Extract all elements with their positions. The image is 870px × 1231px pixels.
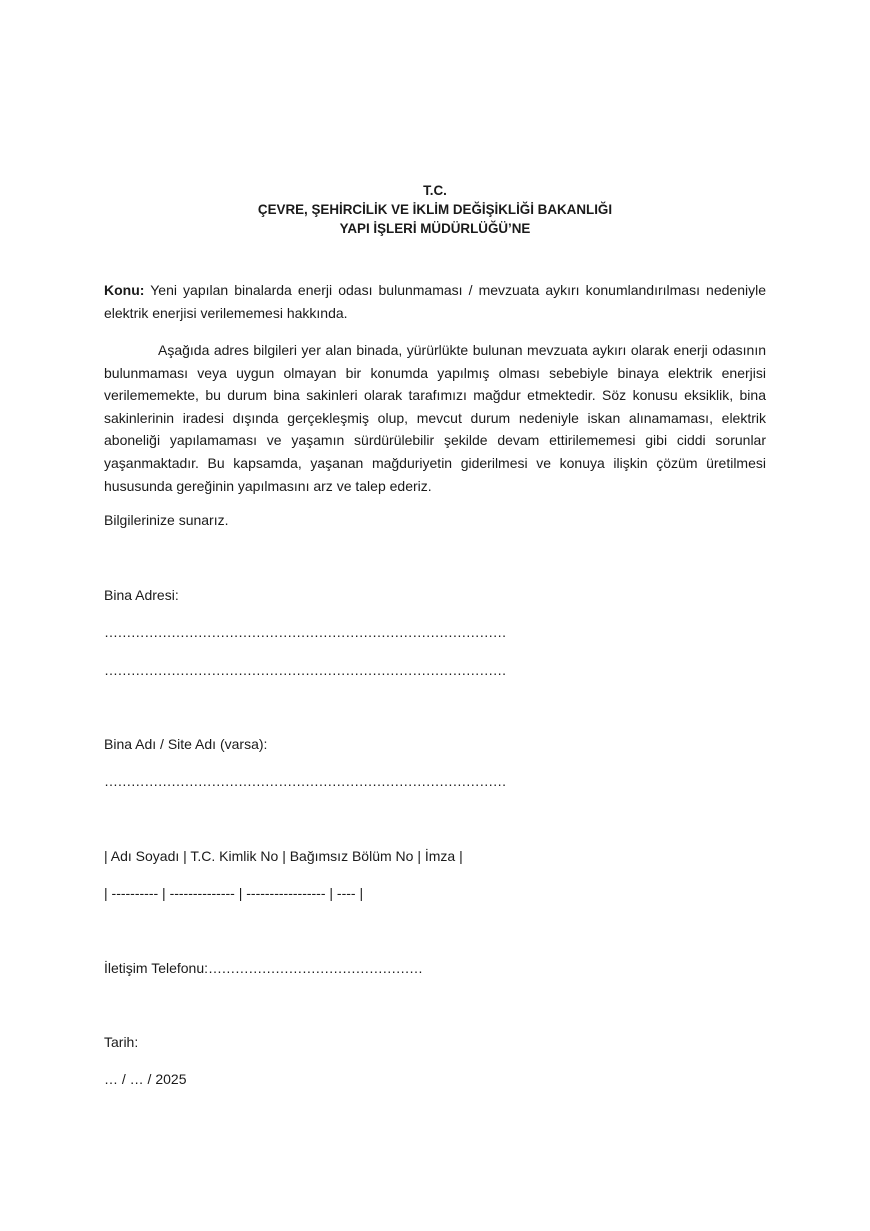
closing-text: Bilgilerinize sunarız.: [104, 510, 229, 530]
signature-table-header: | Adı Soyadı | T.C. Kimlik No | Bağımsız…: [104, 846, 463, 866]
header-tc: T.C.: [0, 181, 870, 200]
phone-field: İletişim Telefonu:…………………………………………: [104, 958, 422, 978]
building-name-label: Bina Adı / Site Adı (varsa):: [104, 734, 267, 754]
header-directorate: YAPI İŞLERİ MÜDÜRLÜĞÜ’NE: [0, 219, 870, 238]
body-paragraph: Aşağıda adres bilgileri yer alan binada,…: [104, 339, 766, 497]
subject-text: Yeni yapılan binalarda enerji odası bulu…: [104, 282, 766, 321]
addressee-header: T.C. ÇEVRE, ŞEHİRCİLİK VE İKLİM DEĞİŞİKL…: [0, 181, 870, 238]
address-line-2[interactable]: ………………………………………………………………………………: [104, 660, 506, 680]
phone-label: İletişim Telefonu:: [104, 960, 208, 976]
date-label: Tarih:: [104, 1032, 138, 1052]
phone-line[interactable]: …………………………………………: [208, 960, 422, 976]
subject-label: Konu:: [104, 282, 144, 298]
header-ministry: ÇEVRE, ŞEHİRCİLİK VE İKLİM DEĞİŞİKLİĞİ B…: [0, 200, 870, 219]
date-value[interactable]: … / … / 2025: [104, 1069, 186, 1089]
address-label: Bina Adresi:: [104, 585, 179, 605]
building-name-line[interactable]: ………………………………………………………………………………: [104, 771, 506, 791]
address-line-1[interactable]: ………………………………………………………………………………: [104, 622, 506, 642]
document-page: T.C. ÇEVRE, ŞEHİRCİLİK VE İKLİM DEĞİŞİKL…: [0, 0, 870, 1231]
signature-table-separator: | ---------- | -------------- | --------…: [104, 883, 363, 903]
subject-paragraph: Konu: Yeni yapılan binalarda enerji odas…: [104, 279, 766, 324]
